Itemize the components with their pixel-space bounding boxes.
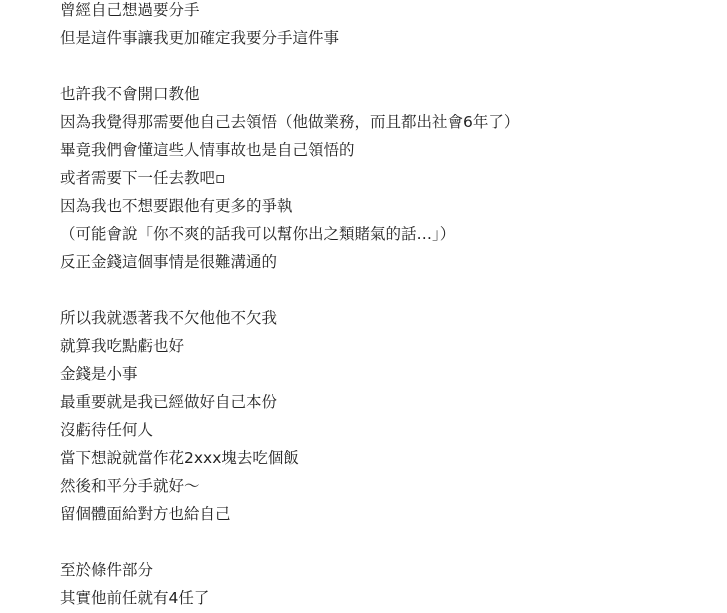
text-line: 最重要就是我已經做好自己本份 <box>60 388 720 416</box>
text-line: 也許我不會開口教他 <box>60 80 720 108</box>
text-line: 因為我也不想要跟他有更多的爭執 <box>60 192 720 220</box>
text-line: 曾經自己想過要分手 <box>60 0 720 24</box>
paragraph-1: 曾經自己想過要分手 但是這件事讓我更加確定我要分手這件事 <box>60 0 720 52</box>
text-line: 或者需要下一任去教吧▫ <box>60 164 720 192</box>
text-line: 然後和平分手就好～ <box>60 472 720 500</box>
text-line: 反正金錢這個事情是很難溝通的 <box>60 248 720 276</box>
text-line: 因為我覺得那需要他自己去領悟（他做業務，而且都出社會6年了） <box>60 108 720 136</box>
paragraph-3: 所以我就憑著我不欠他他不欠我 就算我吃點虧也好 金錢是小事 最重要就是我已經做好… <box>60 304 720 528</box>
paragraph-spacer <box>60 528 720 556</box>
text-line: 就算我吃點虧也好 <box>60 332 720 360</box>
paragraph-spacer <box>60 276 720 304</box>
text-line: 其實他前任就有4任了 <box>60 584 720 612</box>
text-line: 畢竟我們會懂這些人情事故也是自己領悟的 <box>60 136 720 164</box>
text-line: （可能會說「你不爽的話我可以幫你出之類賭氣的話…」） <box>60 220 720 248</box>
text-line: 金錢是小事 <box>60 360 720 388</box>
text-line: 所以我就憑著我不欠他他不欠我 <box>60 304 720 332</box>
text-line: 留個體面給對方也給自己 <box>60 500 720 528</box>
paragraph-2: 也許我不會開口教他 因為我覺得那需要他自己去領悟（他做業務，而且都出社會6年了）… <box>60 80 720 276</box>
text-line: 至於條件部分 <box>60 556 720 584</box>
paragraph-4: 至於條件部分 其實他前任就有4任了 <box>60 556 720 612</box>
article-body: 曾經自己想過要分手 但是這件事讓我更加確定我要分手這件事 也許我不會開口教他 因… <box>60 0 720 612</box>
text-line: 但是這件事讓我更加確定我要分手這件事 <box>60 24 720 52</box>
text-line: 當下想說就當作花2xxx塊去吃個飯 <box>60 444 720 472</box>
text-line: 沒虧待任何人 <box>60 416 720 444</box>
paragraph-spacer <box>60 52 720 80</box>
